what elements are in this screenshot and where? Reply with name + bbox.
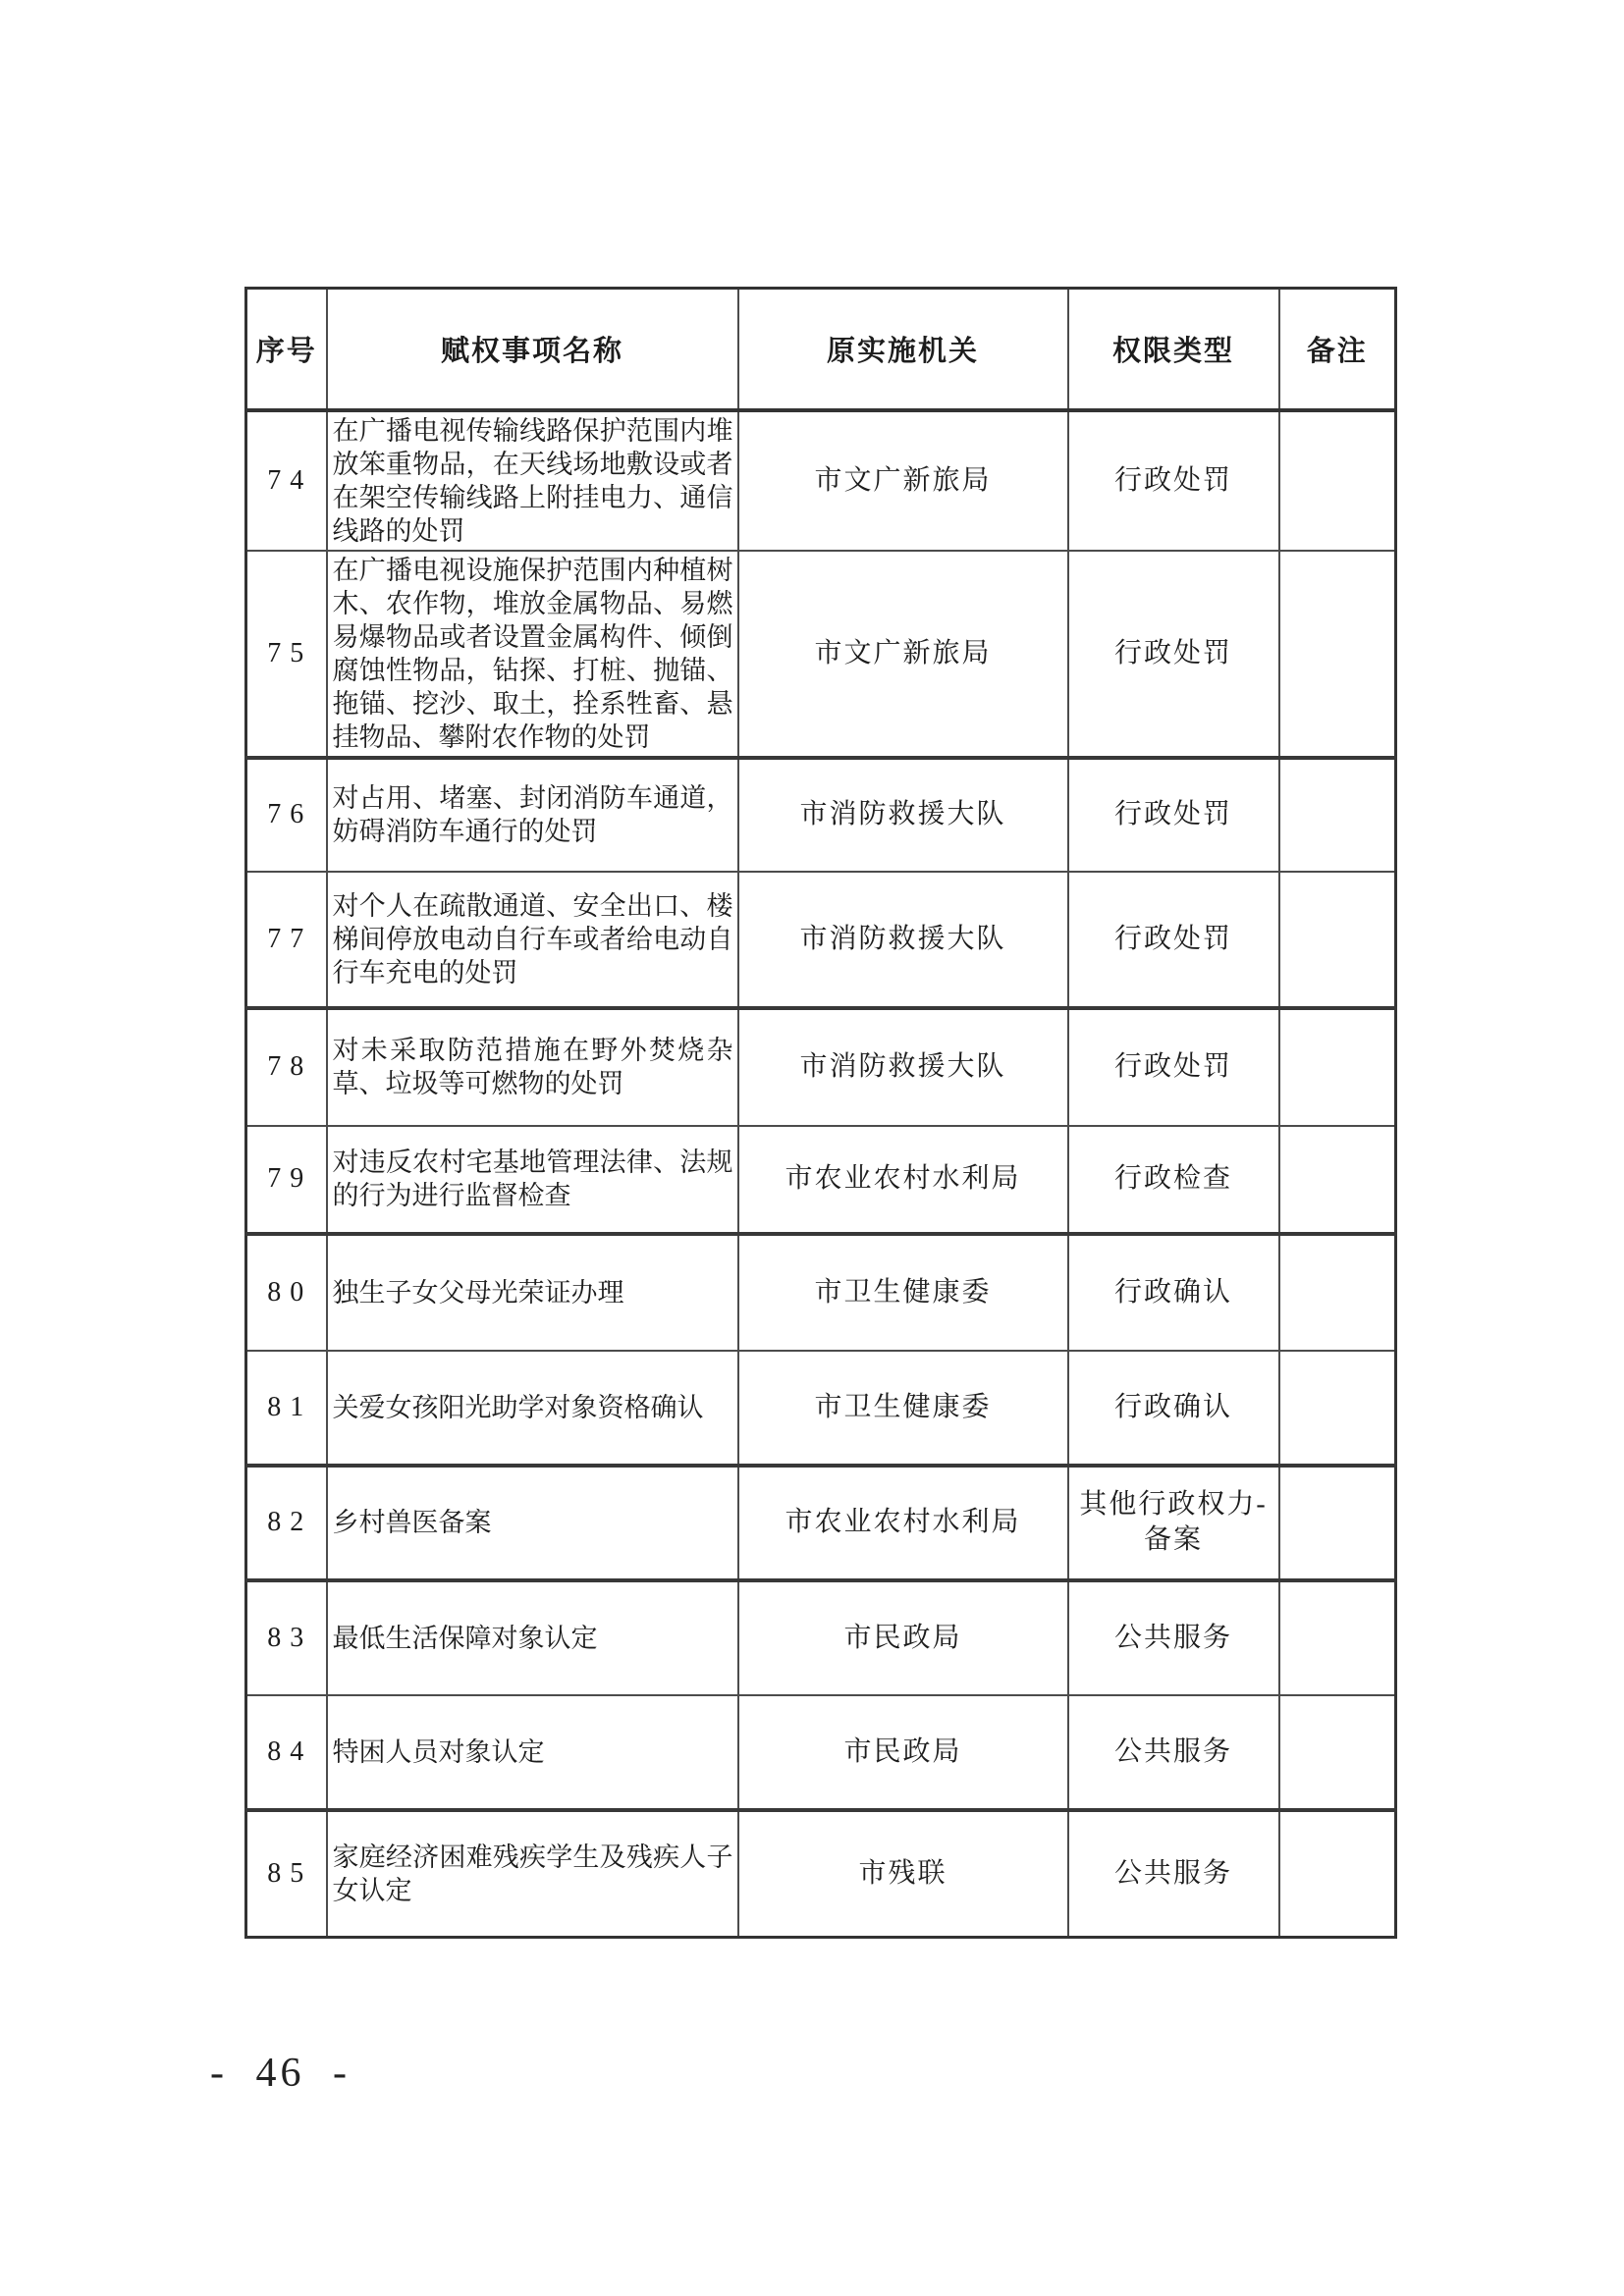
table-row: 78 对未采取防范措施在野外焚烧杂草、垃圾等可燃物的处罚 市消防救援大队 行政处… (246, 1008, 1396, 1126)
cell-index: 76 (246, 758, 327, 872)
cell-item-name: 在广播电视设施保护范围内种植树木、农作物，堆放金属物品、易燃易爆物品或者设置金属… (327, 551, 738, 758)
cell-item-name: 家庭经济困难残疾学生及残疾人子女认定 (327, 1810, 738, 1938)
cell-index: 84 (246, 1695, 327, 1810)
cell-authority-type: 公共服务 (1068, 1695, 1279, 1810)
cell-authority-type: 行政处罚 (1068, 410, 1279, 551)
cell-authority-type: 公共服务 (1068, 1580, 1279, 1695)
table-row: 84 特困人员对象认定 市民政局 公共服务 (246, 1695, 1396, 1810)
table-row: 81 关爱女孩阳光助学对象资格确认 市卫生健康委 行政确认 (246, 1351, 1396, 1466)
cell-item-name: 在广播电视传输线路保护范围内堆放笨重物品，在天线场地敷设或者在架空传输线路上附挂… (327, 410, 738, 551)
cell-item-name: 对占用、堵塞、封闭消防车通道，妨碍消防车通行的处罚 (327, 758, 738, 872)
cell-index: 74 (246, 410, 327, 551)
cell-note (1279, 410, 1396, 551)
cell-note (1279, 758, 1396, 872)
table-row: 77 对个人在疏散通道、安全出口、楼梯间停放电动自行车或者给电动自行车充电的处罚… (246, 872, 1396, 1008)
cell-agency: 市文广新旅局 (738, 410, 1068, 551)
cell-note (1279, 1008, 1396, 1126)
cell-item-name: 对个人在疏散通道、安全出口、楼梯间停放电动自行车或者给电动自行车充电的处罚 (327, 872, 738, 1008)
cell-index: 75 (246, 551, 327, 758)
col-header-note: 备注 (1279, 289, 1396, 410)
cell-authority-type: 行政处罚 (1068, 872, 1279, 1008)
page-number: - 46 - (210, 2050, 351, 2097)
cell-note (1279, 1695, 1396, 1810)
cell-note (1279, 1126, 1396, 1234)
cell-agency: 市消防救援大队 (738, 872, 1068, 1008)
table-row: 75 在广播电视设施保护范围内种植树木、农作物，堆放金属物品、易燃易爆物品或者设… (246, 551, 1396, 758)
cell-note (1279, 1234, 1396, 1351)
cell-item-name: 对违反农村宅基地管理法律、法规的行为进行监督检查 (327, 1126, 738, 1234)
authorization-items-table: 序号 赋权事项名称 原实施机关 权限类型 备注 74 在广播电视传输线路保护范围… (244, 287, 1397, 1939)
cell-authority-type: 行政处罚 (1068, 551, 1279, 758)
cell-agency: 市农业农村水利局 (738, 1126, 1068, 1234)
col-header-authority-type: 权限类型 (1068, 289, 1279, 410)
cell-index: 82 (246, 1466, 327, 1580)
col-header-agency: 原实施机关 (738, 289, 1068, 410)
cell-index: 77 (246, 872, 327, 1008)
table-row: 80 独生子女父母光荣证办理 市卫生健康委 行政确认 (246, 1234, 1396, 1351)
cell-index: 85 (246, 1810, 327, 1938)
cell-item-name: 乡村兽医备案 (327, 1466, 738, 1580)
cell-authority-type: 其他行政权力-备案 (1068, 1466, 1279, 1580)
cell-agency: 市消防救援大队 (738, 1008, 1068, 1126)
cell-agency: 市农业农村水利局 (738, 1466, 1068, 1580)
cell-note (1279, 872, 1396, 1008)
cell-agency: 市卫生健康委 (738, 1351, 1068, 1466)
cell-item-name: 最低生活保障对象认定 (327, 1580, 738, 1695)
cell-note (1279, 1466, 1396, 1580)
cell-authority-type: 行政确认 (1068, 1351, 1279, 1466)
cell-authority-type: 行政处罚 (1068, 758, 1279, 872)
cell-note (1279, 1351, 1396, 1466)
col-header-item-name: 赋权事项名称 (327, 289, 738, 410)
cell-item-name: 关爱女孩阳光助学对象资格确认 (327, 1351, 738, 1466)
cell-authority-type: 公共服务 (1068, 1810, 1279, 1938)
table-row: 79 对违反农村宅基地管理法律、法规的行为进行监督检查 市农业农村水利局 行政检… (246, 1126, 1396, 1234)
table-row: 85 家庭经济困难残疾学生及残疾人子女认定 市残联 公共服务 (246, 1810, 1396, 1938)
document-page: 序号 赋权事项名称 原实施机关 权限类型 备注 74 在广播电视传输线路保护范围… (0, 0, 1624, 2296)
table-header-row: 序号 赋权事项名称 原实施机关 权限类型 备注 (246, 289, 1396, 410)
table-row: 74 在广播电视传输线路保护范围内堆放笨重物品，在天线场地敷设或者在架空传输线路… (246, 410, 1396, 551)
cell-item-name: 独生子女父母光荣证办理 (327, 1234, 738, 1351)
cell-agency: 市民政局 (738, 1580, 1068, 1695)
table-row: 83 最低生活保障对象认定 市民政局 公共服务 (246, 1580, 1396, 1695)
cell-item-name: 对未采取防范措施在野外焚烧杂草、垃圾等可燃物的处罚 (327, 1008, 738, 1126)
cell-index: 81 (246, 1351, 327, 1466)
col-header-index: 序号 (246, 289, 327, 410)
cell-index: 80 (246, 1234, 327, 1351)
cell-note (1279, 1810, 1396, 1938)
cell-agency: 市残联 (738, 1810, 1068, 1938)
cell-agency: 市消防救援大队 (738, 758, 1068, 872)
cell-agency: 市卫生健康委 (738, 1234, 1068, 1351)
cell-authority-type: 行政确认 (1068, 1234, 1279, 1351)
table-row: 76 对占用、堵塞、封闭消防车通道，妨碍消防车通行的处罚 市消防救援大队 行政处… (246, 758, 1396, 872)
table-body: 74 在广播电视传输线路保护范围内堆放笨重物品，在天线场地敷设或者在架空传输线路… (246, 410, 1396, 1938)
cell-authority-type: 行政处罚 (1068, 1008, 1279, 1126)
table-row: 82 乡村兽医备案 市农业农村水利局 其他行政权力-备案 (246, 1466, 1396, 1580)
cell-authority-type: 行政检查 (1068, 1126, 1279, 1234)
cell-note (1279, 1580, 1396, 1695)
cell-index: 79 (246, 1126, 327, 1234)
cell-agency: 市文广新旅局 (738, 551, 1068, 758)
cell-agency: 市民政局 (738, 1695, 1068, 1810)
cell-item-name: 特困人员对象认定 (327, 1695, 738, 1810)
cell-index: 78 (246, 1008, 327, 1126)
cell-note (1279, 551, 1396, 758)
cell-index: 83 (246, 1580, 327, 1695)
